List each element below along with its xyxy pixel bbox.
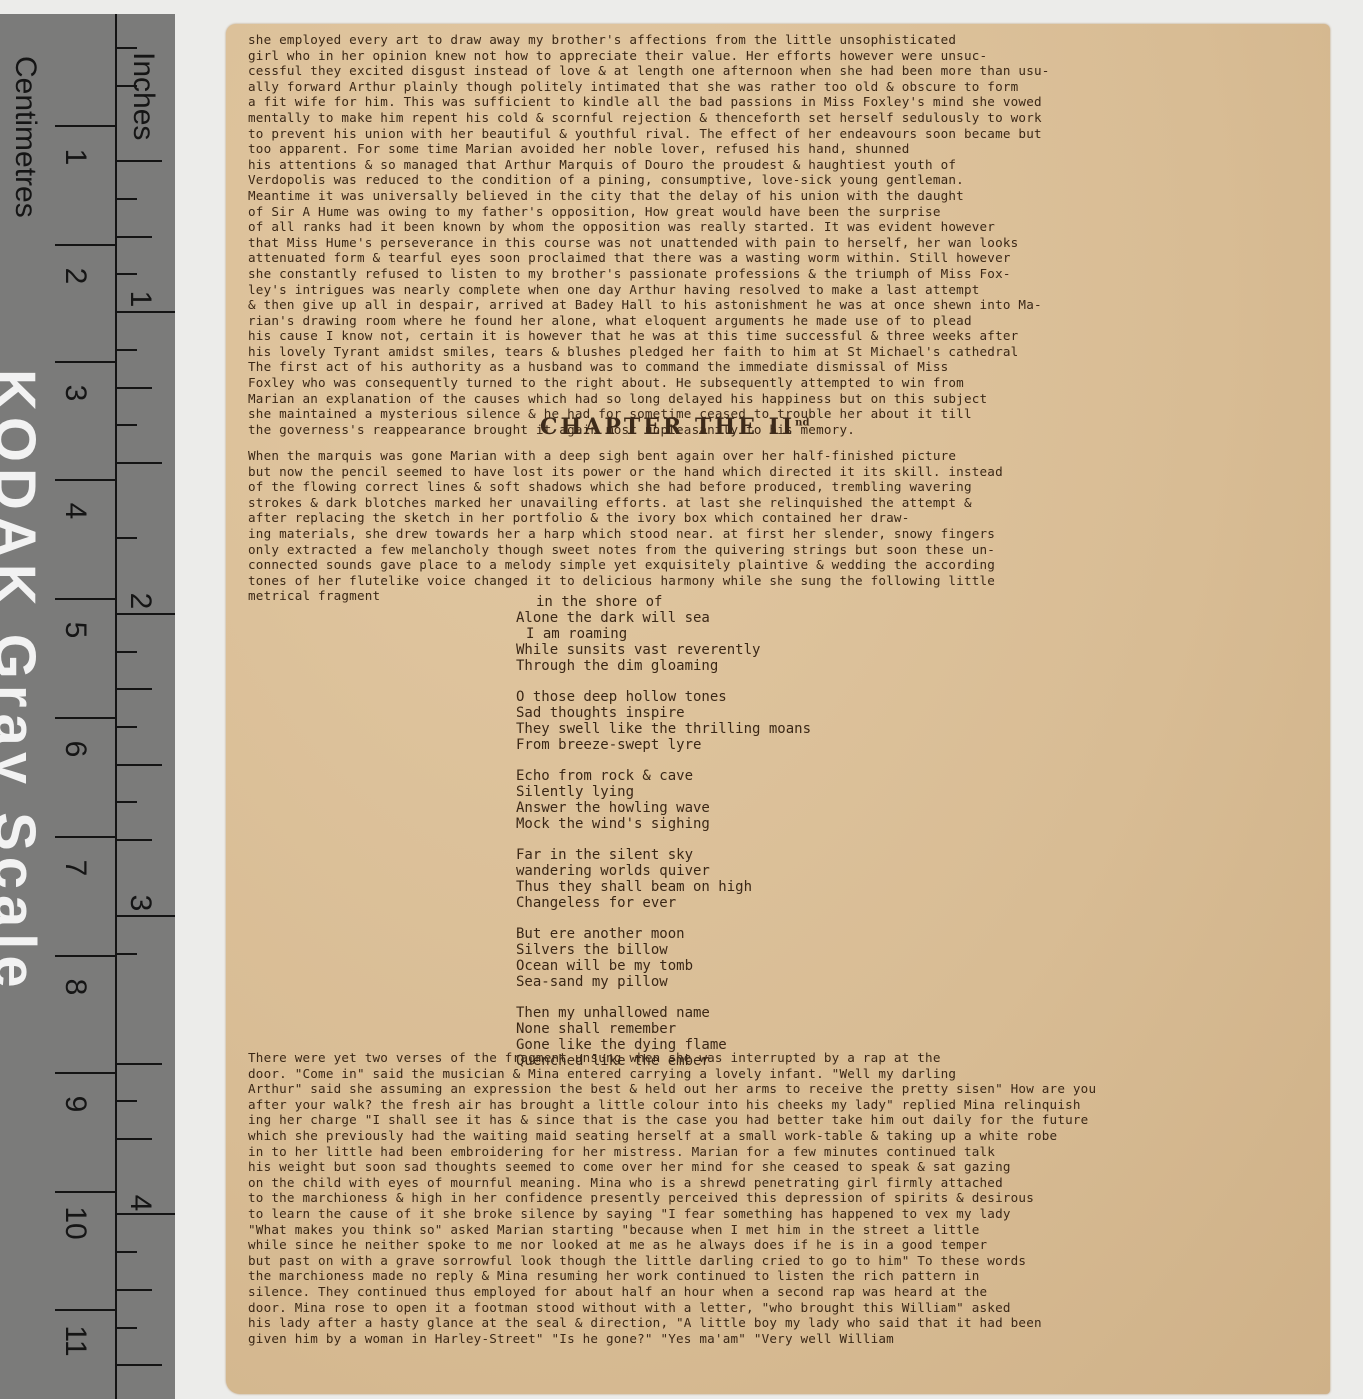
text-line: & then give up all in despair, arrived a… xyxy=(248,297,1328,313)
ruler-tick xyxy=(117,1063,162,1065)
text-line: his cause I know not, certain it is howe… xyxy=(248,328,1328,344)
verse-stanza: O those deep hollow tones Sad thoughts i… xyxy=(516,689,1116,753)
text-line: only extracted a few melancholy though s… xyxy=(248,542,1328,558)
ruler-tick xyxy=(117,160,162,162)
text-line: girl who in her opinion knew not how to … xyxy=(248,48,1328,64)
text-line: tones of her flutelike voice changed it … xyxy=(248,573,1328,589)
text-line: Foxley who was consequently turned to th… xyxy=(248,375,1328,391)
text-line: which she previously had the waiting mai… xyxy=(248,1128,1328,1144)
text-line: ing materials, she drew towards her a ha… xyxy=(248,526,1328,542)
ruler-inch-label: 4 xyxy=(123,1183,157,1223)
ruler-tick xyxy=(55,244,115,246)
ruler-tick xyxy=(117,726,137,728)
verse-line: wandering worlds quiver xyxy=(516,863,1116,879)
chapter-heading-text: CHAPTER THE II xyxy=(540,414,795,440)
verse-line: Silvers the billow xyxy=(516,942,1116,958)
text-line: Marian an explanation of the causes whic… xyxy=(248,391,1328,407)
verse-line: Then my unhallowed name xyxy=(516,1005,1116,1021)
text-line: his lady after a hasty glance at the sea… xyxy=(248,1315,1328,1331)
ruler-tick xyxy=(117,349,137,351)
ruler-spine xyxy=(115,14,117,1399)
verse-line: Through the dim gloaming xyxy=(516,658,1116,674)
ruler-cm-label: 7 xyxy=(58,848,92,888)
ruler-cm-label: 9 xyxy=(58,1084,92,1124)
verse-line: While sunsits vast reverently xyxy=(516,642,1116,658)
text-line: while since he neither spoke to me nor l… xyxy=(248,1237,1328,1253)
text-line: attenuated form & tearful eyes soon proc… xyxy=(248,250,1328,266)
ruler-cm-label: 6 xyxy=(58,729,92,769)
text-line: to learn the cause of it she broke silen… xyxy=(248,1206,1328,1222)
verse-line: But ere another moon xyxy=(516,926,1116,942)
text-line: ing her charge "I shall see it has & sin… xyxy=(248,1112,1328,1128)
text-line: on the child with eyes of mournful meani… xyxy=(248,1175,1328,1191)
text-line: to the marchioness & high in her confide… xyxy=(248,1190,1328,1206)
chapter-heading-superscript: nd xyxy=(795,418,809,429)
ruler-cm-label: 2 xyxy=(58,256,92,296)
text-line: Meantime it was universally believed in … xyxy=(248,188,1328,204)
ruler-inch-label: 2 xyxy=(123,581,157,621)
text-line: after replacing the sketch in her portfo… xyxy=(248,510,1328,526)
ruler-tick xyxy=(117,236,152,238)
text-line: silence. They continued thus employed fo… xyxy=(248,1284,1328,1300)
ruler-tick xyxy=(117,273,137,275)
verse-line: Alone the dark will sea xyxy=(516,610,1116,626)
text-line: given him by a woman in Harley-Street" "… xyxy=(248,1331,1328,1347)
verse-fragment: in the shore of Alone the dark will sea … xyxy=(516,594,1116,1084)
ruler-tick xyxy=(117,1100,137,1102)
chapter-heading: CHAPTER THE IInd xyxy=(540,414,809,440)
text-line: that Miss Hume's perseverance in this co… xyxy=(248,235,1328,251)
ruler-tick xyxy=(55,598,115,600)
ruler-tick xyxy=(55,479,115,481)
verse-line: They swell like the thrilling moans xyxy=(516,721,1116,737)
ruler-cm-label: 8 xyxy=(58,967,92,1007)
verse-stanza: But ere another moon Silvers the billow … xyxy=(516,926,1116,990)
paragraph-1: she employed every art to draw away my b… xyxy=(248,32,1328,437)
ruler-tick xyxy=(117,764,162,766)
paragraph-2: When the marquis was gone Marian with a … xyxy=(248,448,1328,604)
text-line: a fit wife for him. This was sufficient … xyxy=(248,94,1328,110)
ruler-tick xyxy=(55,1072,115,1074)
ruler-tick xyxy=(55,125,115,127)
verse-insertion: in the shore of xyxy=(516,594,1116,610)
ruler-tick xyxy=(117,198,137,200)
ruler-unit-inches: Inches xyxy=(126,52,160,140)
text-line: his lovely Tyrant amidst smiles, tears &… xyxy=(248,344,1328,360)
verse-stanza: Alone the dark will sea I am roaming Whi… xyxy=(516,610,1116,674)
ruler-unit-centimetres: Centimetres xyxy=(8,56,42,218)
ruler-cm-label: 3 xyxy=(58,373,92,413)
ruler-tick xyxy=(117,1364,162,1366)
text-line: door. "Come in" said the musician & Mina… xyxy=(248,1066,1328,1082)
text-line: his weight but soon sad thoughts seemed … xyxy=(248,1159,1328,1175)
text-line: of the flowing correct lines & soft shad… xyxy=(248,479,1328,495)
ruler-tick xyxy=(117,1251,137,1253)
paragraph-3: There were yet two verses of the fragmen… xyxy=(248,1050,1328,1346)
text-line: too apparent. For some time Marian avoid… xyxy=(248,141,1328,157)
text-line: but past on with a grave sorrowful look … xyxy=(248,1253,1328,1269)
ruler-cm-label: 1 xyxy=(58,137,92,177)
ruler-tick xyxy=(117,651,137,653)
ruler-tick xyxy=(55,361,115,363)
verse-line: O those deep hollow tones xyxy=(516,689,1116,705)
verse-line: Sad thoughts inspire xyxy=(516,705,1116,721)
ruler-cm-label: 10 xyxy=(58,1203,92,1243)
text-line: connected sounds gave place to a melody … xyxy=(248,557,1328,573)
verse-stanza: Echo from rock & cave Silently lying Ans… xyxy=(516,768,1116,832)
ruler-inch-label: 3 xyxy=(123,883,157,923)
ruler-tick xyxy=(117,424,137,426)
ruler-tick xyxy=(117,1327,137,1329)
ruler-tick xyxy=(55,717,115,719)
text-line: rian's drawing room where he found her a… xyxy=(248,313,1328,329)
ruler-tick xyxy=(117,688,152,690)
text-line: There were yet two verses of the fragmen… xyxy=(248,1050,1328,1066)
verse-line: From breeze-swept lyre xyxy=(516,737,1116,753)
measurement-ruler: Centimetres Inches KODAK Gray Scale 1 2 … xyxy=(0,14,175,1399)
text-line: strokes & dark blotches marked her unava… xyxy=(248,495,1328,511)
ruler-tick xyxy=(117,801,137,803)
text-line: ley's intrigues was nearly complete when… xyxy=(248,282,1328,298)
text-line: after your walk? the fresh air has broug… xyxy=(248,1097,1328,1113)
verse-line: Silently lying xyxy=(516,784,1116,800)
ruler-tick xyxy=(55,1191,115,1193)
text-line: the marchioness made no reply & Mina res… xyxy=(248,1268,1328,1284)
text-line: of all ranks had it been known by whom t… xyxy=(248,219,1328,235)
text-line: to prevent his union with her beautiful … xyxy=(248,126,1328,142)
text-line: cessful they excited disgust instead of … xyxy=(248,63,1328,79)
ruler-tick xyxy=(117,953,137,955)
verse-stanza: Far in the silent sky wandering worlds q… xyxy=(516,847,1116,911)
manuscript-page: she employed every art to draw away my b… xyxy=(226,24,1330,1394)
ruler-tick xyxy=(117,47,137,49)
ruler-tick xyxy=(55,836,115,838)
ruler-cm-label: 5 xyxy=(58,610,92,650)
text-line: his attentions & so managed that Arthur … xyxy=(248,157,1328,173)
ruler-inch-label: 1 xyxy=(123,279,157,319)
ruler-cm-label: 4 xyxy=(58,491,92,531)
ruler-tick xyxy=(117,85,137,87)
verse-line: Thus they shall beam on high xyxy=(516,879,1116,895)
text-line: Arthur" said she assuming an expression … xyxy=(248,1081,1328,1097)
verse-line: Echo from rock & cave xyxy=(516,768,1116,784)
verse-line: Answer the howling wave xyxy=(516,800,1116,816)
text-line: mentally to make him repent his cold & s… xyxy=(248,110,1328,126)
verse-line: Changeless for ever xyxy=(516,895,1116,911)
ruler-tick xyxy=(117,462,162,464)
ruler-tick xyxy=(117,1289,152,1291)
text-line: When the marquis was gone Marian with a … xyxy=(248,448,1328,464)
ruler-cm-label: 11 xyxy=(58,1321,92,1361)
ruler-tick xyxy=(55,1309,115,1311)
text-line: but now the pencil seemed to have lost i… xyxy=(248,464,1328,480)
text-line: in to her little had been embroidering f… xyxy=(248,1144,1328,1160)
text-line: door. Mina rose to open it a footman sto… xyxy=(248,1300,1328,1316)
verse-line: Far in the silent sky xyxy=(516,847,1116,863)
text-line: The first act of his authority as a husb… xyxy=(248,359,1328,375)
verse-line: Ocean will be my tomb xyxy=(516,958,1116,974)
ruler-brand-logo: KODAK Gray Scale xyxy=(0,369,48,994)
ruler-tick xyxy=(55,955,115,957)
ruler-tick xyxy=(117,387,152,389)
verse-line: None shall remember xyxy=(516,1021,1116,1037)
verse-line: Mock the wind's sighing xyxy=(516,816,1116,832)
ruler-tick xyxy=(117,1138,152,1140)
ruler-tick xyxy=(117,537,137,539)
text-line: ally forward Arthur plainly though polit… xyxy=(248,79,1328,95)
ruler-tick xyxy=(117,839,152,841)
text-line: she employed every art to draw away my b… xyxy=(248,32,1328,48)
text-line: she constantly refused to listen to my b… xyxy=(248,266,1328,282)
text-line: Verdopolis was reduced to the condition … xyxy=(248,172,1328,188)
verse-line: Sea-sand my pillow xyxy=(516,974,1116,990)
verse-line: I am roaming xyxy=(516,626,1116,642)
text-line: "What makes you think so" asked Marian s… xyxy=(248,1222,1328,1238)
text-line: of Sir A Hume was owing to my father's o… xyxy=(248,204,1328,220)
